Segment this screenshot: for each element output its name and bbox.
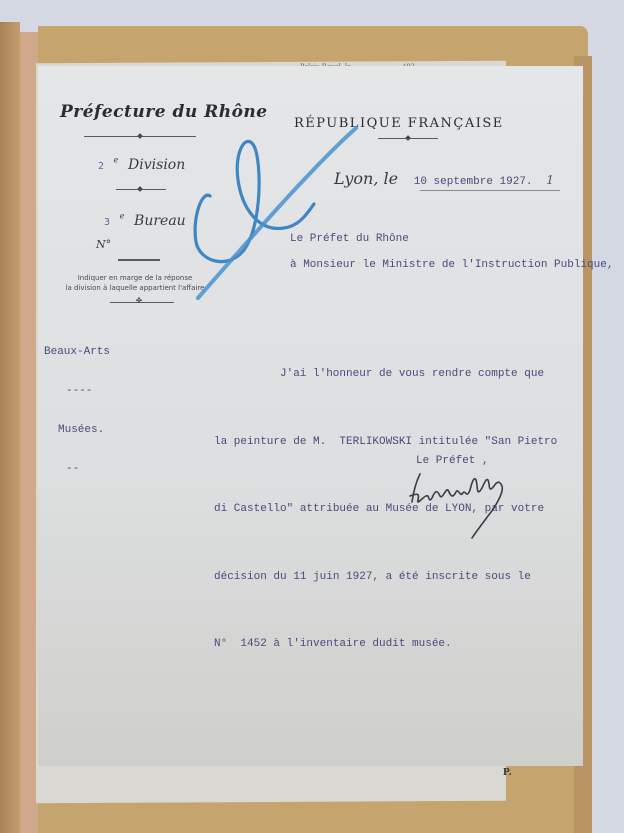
underlying-sheet-corner-letter: P. xyxy=(503,766,511,778)
number-label: N° xyxy=(96,238,111,251)
body-line-4: décision du 11 juin 1927, a été inscrite… xyxy=(214,566,557,589)
bureau-field: 3 e Bureau xyxy=(104,210,186,229)
folder-left-edge xyxy=(0,22,20,833)
division-suffix: e xyxy=(114,156,119,165)
margin-note-line1: Beaux-Arts xyxy=(44,346,110,359)
margin-note-line2: ---- xyxy=(44,385,110,398)
date-mark: 1 xyxy=(546,173,554,187)
date-rule xyxy=(420,190,560,191)
division-field: 2 e Division xyxy=(98,154,185,173)
body-line-5: N° 1452 à l'inventaire dudit musée. xyxy=(214,633,557,656)
division-number: 2 xyxy=(98,161,104,172)
blue-pencil-mark-icon xyxy=(188,122,388,302)
letter-date: 10 septembre 1927. xyxy=(414,176,533,188)
republic-rule-ornament xyxy=(405,135,411,141)
number-rule xyxy=(118,259,160,261)
signature-icon xyxy=(404,466,514,541)
rule-ornament xyxy=(137,133,143,139)
fleuron-ornament: ✤ xyxy=(136,295,142,306)
bureau-label: Bureau xyxy=(134,213,186,229)
body-line-2: la peinture de M. TERLIKOWSKI intitulée … xyxy=(214,431,557,454)
bureau-number: 3 xyxy=(104,217,110,228)
margin-note-line4: -- xyxy=(44,463,110,476)
letter-sheet: Préfecture du Rhône 2 e Division 3 e Bur… xyxy=(38,66,583,766)
prefecture-heading: Préfecture du Rhône xyxy=(60,102,268,122)
bureau-suffix: e xyxy=(120,212,125,221)
division-label: Division xyxy=(128,157,185,173)
division-rule-ornament xyxy=(137,186,143,192)
margin-note: Beaux-Arts ---- Musées. -- xyxy=(44,320,110,502)
body-line-1: J'ai l'honneur de vous rendre compte que xyxy=(214,363,557,386)
margin-note-line3: Musées. xyxy=(44,424,110,437)
